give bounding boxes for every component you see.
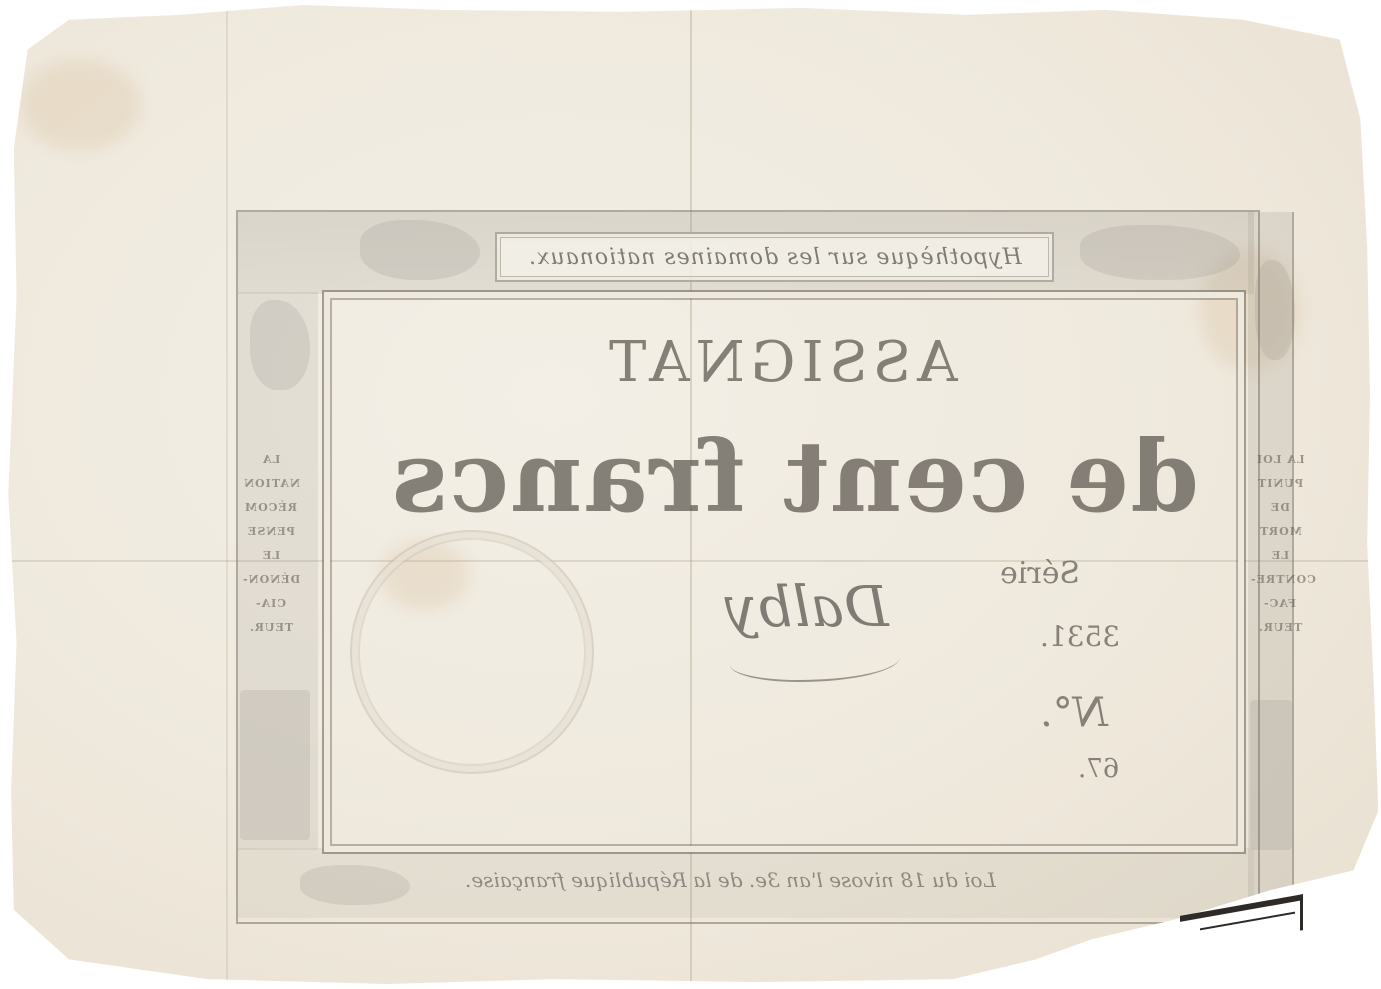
title-value: de cent francs [360, 420, 1230, 535]
fold-crease [226, 0, 228, 989]
law-date-line: Loi du 18 nivose l'an 3e. de la Républiq… [430, 868, 1030, 892]
stain [20, 60, 140, 150]
laurel-ornament [300, 865, 410, 905]
serie-label: Série [1000, 556, 1080, 591]
banknote-paper: Hypothèque sur les domaines nationaux. A… [0, 0, 1381, 989]
pillar-base-ornament [240, 690, 310, 840]
mortgage-banner: Hypothèque sur les domaines nationaux. [495, 232, 1054, 282]
right-side-inscription: LA LOI PUNIT DE MORT LE CONTRE- FAC- TEU… [1250, 448, 1310, 640]
embossed-seal [350, 530, 594, 774]
pillar-base-ornament [1250, 700, 1292, 850]
signature: Dalby [725, 575, 889, 640]
left-side-inscription: LA NATION RÉCOM PENSE LE DÉNON- CIA- TEU… [236, 448, 306, 640]
note-number: 67. [1078, 754, 1119, 784]
series-number: 3531. [1040, 620, 1120, 653]
banner-text: Hypothèque sur les domaines nationaux. [528, 245, 1022, 270]
number-label: N°. [1040, 690, 1108, 736]
title-heading: ASSIGNAT [560, 330, 1000, 395]
